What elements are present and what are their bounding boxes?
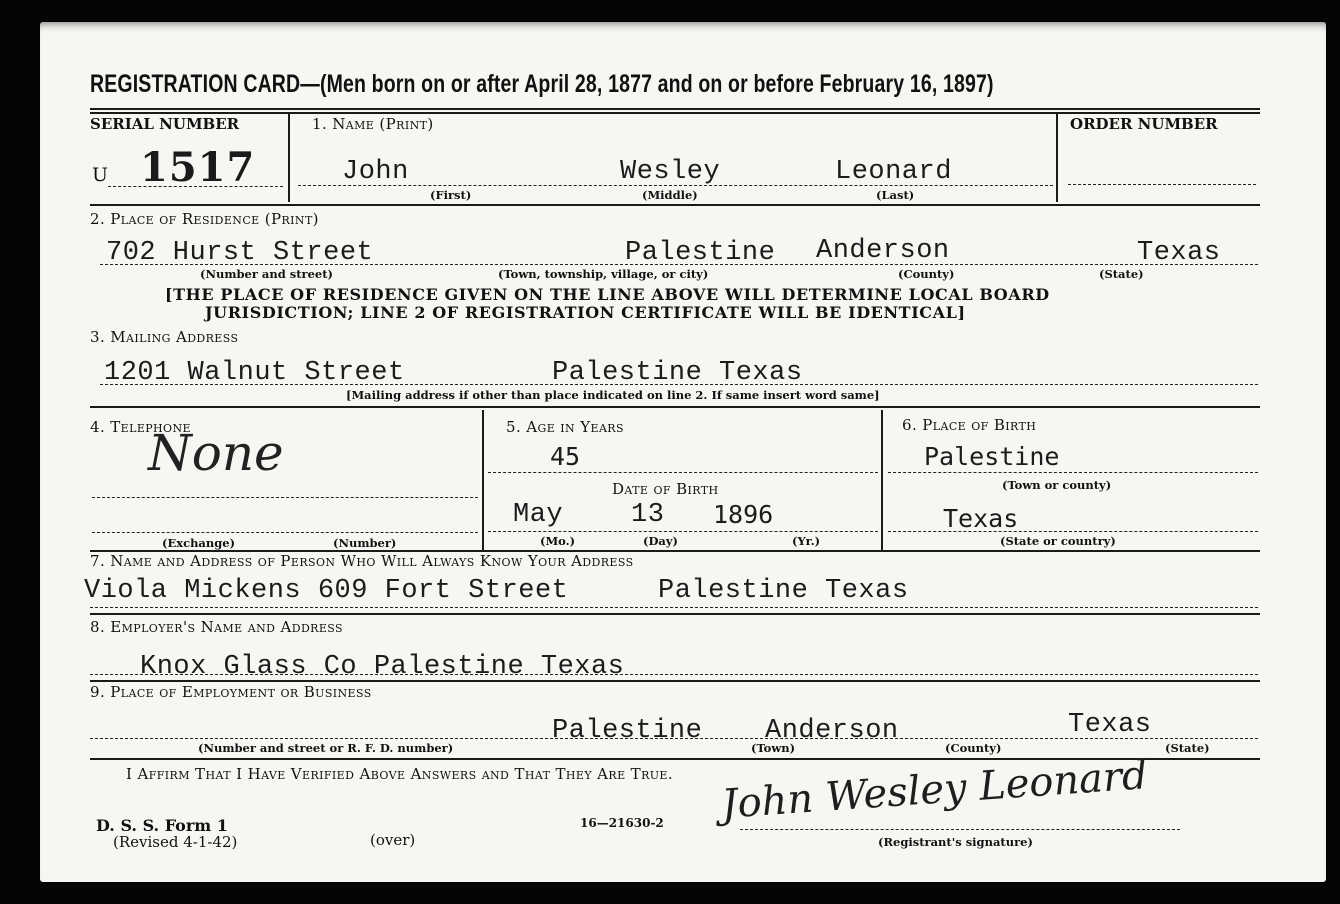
birthplace-divider — [881, 410, 883, 550]
signature-line — [740, 829, 1180, 830]
age-label: 5. Age in Years — [506, 418, 624, 436]
residence-notice-line1: [THE PLACE OF RESIDENCE GIVEN ON THE LIN… — [165, 286, 1050, 304]
employer-value[interactable]: Knox Glass Co Palestine Texas — [140, 652, 624, 682]
middle-name-value[interactable]: Wesley — [620, 157, 720, 187]
row3-rule — [90, 406, 1260, 408]
caption-day: (Day) — [643, 534, 678, 548]
employment-town-value[interactable]: Palestine — [552, 716, 702, 746]
birthplace-state-value[interactable]: Texas — [943, 504, 1018, 533]
age-value[interactable]: 45 — [550, 442, 580, 471]
contact-line — [90, 607, 1258, 608]
caption-street: (Number and street) — [200, 267, 333, 281]
serial-number-label: SERIAL NUMBER — [90, 115, 239, 133]
serial-number-value[interactable]: 1517 — [140, 144, 255, 191]
registration-card: REGISTRATION CARD—(Men born on or after … — [40, 22, 1326, 882]
telephone-line-1 — [92, 497, 478, 498]
contact-label: 7. Name and Address of Person Who Will A… — [90, 552, 634, 570]
affirmation-text: I Affirm That I Have Verified Above Answ… — [126, 765, 673, 783]
serial-prefix: U — [92, 164, 108, 186]
caption-state: (State) — [1099, 267, 1144, 281]
caption-exchange: (Exchange) — [162, 536, 235, 550]
last-name-value[interactable]: Leonard — [835, 157, 952, 187]
caption-first: (First) — [430, 188, 471, 202]
serial-divider — [288, 112, 290, 202]
order-divider — [1056, 112, 1058, 202]
print-code: 16—21630-2 — [580, 816, 664, 830]
dob-year-value[interactable]: 1896 — [713, 500, 773, 529]
birthplace-state-line — [888, 531, 1258, 532]
caption-year: (Yr.) — [792, 534, 820, 548]
caption-rfd: (Number and street or R. F. D. number) — [198, 741, 453, 755]
employment-line — [90, 738, 1258, 739]
caption-town: (Town, township, village, or city) — [498, 267, 708, 281]
contact-name-address-value[interactable]: Viola Mickens 609 Fort Street — [84, 576, 568, 606]
employer-label: 8. Employer's Name and Address — [90, 618, 343, 636]
mailing-caption: [Mailing address if other than place ind… — [346, 388, 880, 402]
row7-rule — [90, 613, 1260, 615]
card-title: REGISTRATION CARD—(Men born on or after … — [90, 70, 994, 99]
residence-line — [100, 264, 1258, 265]
mailing-label: 3. Mailing Address — [90, 328, 238, 346]
telephone-line-2 — [92, 532, 478, 533]
age-divider — [482, 410, 484, 550]
telephone-value[interactable]: None — [148, 424, 284, 482]
title-rule — [90, 108, 1260, 110]
order-number-line[interactable] — [1068, 184, 1256, 185]
birthplace-town-line — [888, 472, 1258, 473]
birthplace-label: 6. Place of Birth — [902, 416, 1036, 434]
dob-day-value[interactable]: 13 — [631, 500, 664, 530]
caption-state-country: (State or country) — [1000, 534, 1116, 548]
name-line — [298, 185, 1053, 186]
serial-line — [108, 186, 283, 187]
dob-month-value[interactable]: May — [513, 500, 563, 530]
caption-middle: (Middle) — [642, 188, 698, 202]
caption-month: (Mo.) — [540, 534, 575, 548]
employment-place-label: 9. Place of Employment or Business — [90, 683, 372, 701]
first-name-value[interactable]: John — [342, 157, 409, 187]
residence-label: 2. Place of Residence (Print) — [90, 210, 319, 228]
caption-town-county: (Town or county) — [1002, 478, 1111, 492]
birthplace-town-value[interactable]: Palestine — [924, 442, 1059, 471]
caption-last: (Last) — [876, 188, 914, 202]
row8-rule — [90, 680, 1260, 682]
order-number-label: ORDER NUMBER — [1070, 115, 1218, 133]
employer-line — [90, 674, 1258, 675]
caption-employment-state: (State) — [1165, 741, 1210, 755]
caption-county: (County) — [898, 267, 954, 281]
residence-county-value[interactable]: Anderson — [816, 236, 950, 266]
over-note: (over) — [370, 831, 415, 849]
name-label: 1. Name (Print) — [312, 115, 434, 133]
caption-employment-county: (County) — [945, 741, 1001, 755]
employment-state-value[interactable]: Texas — [1068, 710, 1152, 740]
form-revision: (Revised 4-1-42) — [113, 833, 237, 851]
contact-city-state-value[interactable]: Palestine Texas — [658, 576, 909, 606]
caption-number: (Number) — [333, 536, 396, 550]
title-rule-2 — [90, 112, 1260, 114]
caption-employment-town: (Town) — [751, 741, 795, 755]
age-line — [488, 472, 878, 473]
dob-line — [488, 531, 878, 532]
row1-rule — [90, 204, 1260, 206]
residence-notice-line2: JURISDICTION; LINE 2 OF REGISTRATION CER… — [205, 304, 966, 322]
registrant-signature[interactable]: John Wesley Leonard — [720, 752, 1149, 828]
dob-label: Date of Birth — [612, 480, 719, 498]
mailing-line — [100, 384, 1258, 385]
signature-caption: (Registrant's signature) — [878, 835, 1033, 849]
